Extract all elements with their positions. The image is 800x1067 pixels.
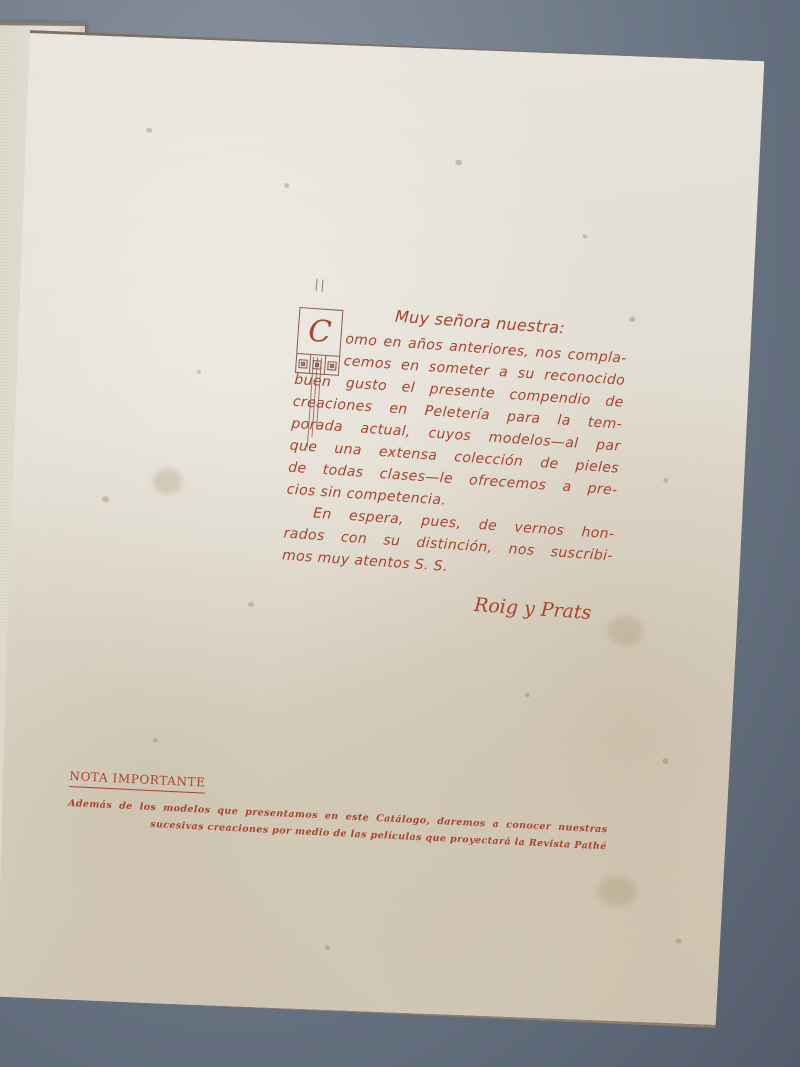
foxing-spot: [153, 738, 158, 742]
foxing-spot: [248, 602, 254, 607]
foxing-spot: [582, 234, 587, 238]
foxing-spot: [455, 159, 462, 165]
foxing-spot: [284, 183, 289, 188]
foxing-spot: [197, 370, 201, 374]
paragraph-1: omo en años anteriores, nos compla- cemo…: [334, 328, 628, 523]
foxing-spot: [146, 128, 152, 133]
square-ornament-icon: [325, 356, 340, 375]
foxing-spot: [663, 478, 668, 483]
foxing-spot: [629, 316, 635, 322]
foxing-spot: [325, 945, 330, 950]
stain: [152, 468, 183, 495]
initial-letter: C: [297, 310, 342, 355]
foxing-spot: [675, 938, 681, 943]
stain: [597, 875, 638, 907]
letter-block: Muy señora nuestra: C omo en años anteri…: [279, 300, 629, 625]
square-ornament-icon: [296, 354, 312, 373]
foxing-spot: [525, 692, 530, 697]
foxing-spot: [662, 758, 668, 764]
nota-title: NOTA IMPORTANTE: [69, 769, 206, 794]
letter-body: C omo en años anteriores, nos compla- ce…: [281, 325, 627, 589]
decorative-initial: C: [295, 307, 343, 376]
stain: [607, 616, 644, 647]
foxing-spot: [102, 496, 109, 502]
